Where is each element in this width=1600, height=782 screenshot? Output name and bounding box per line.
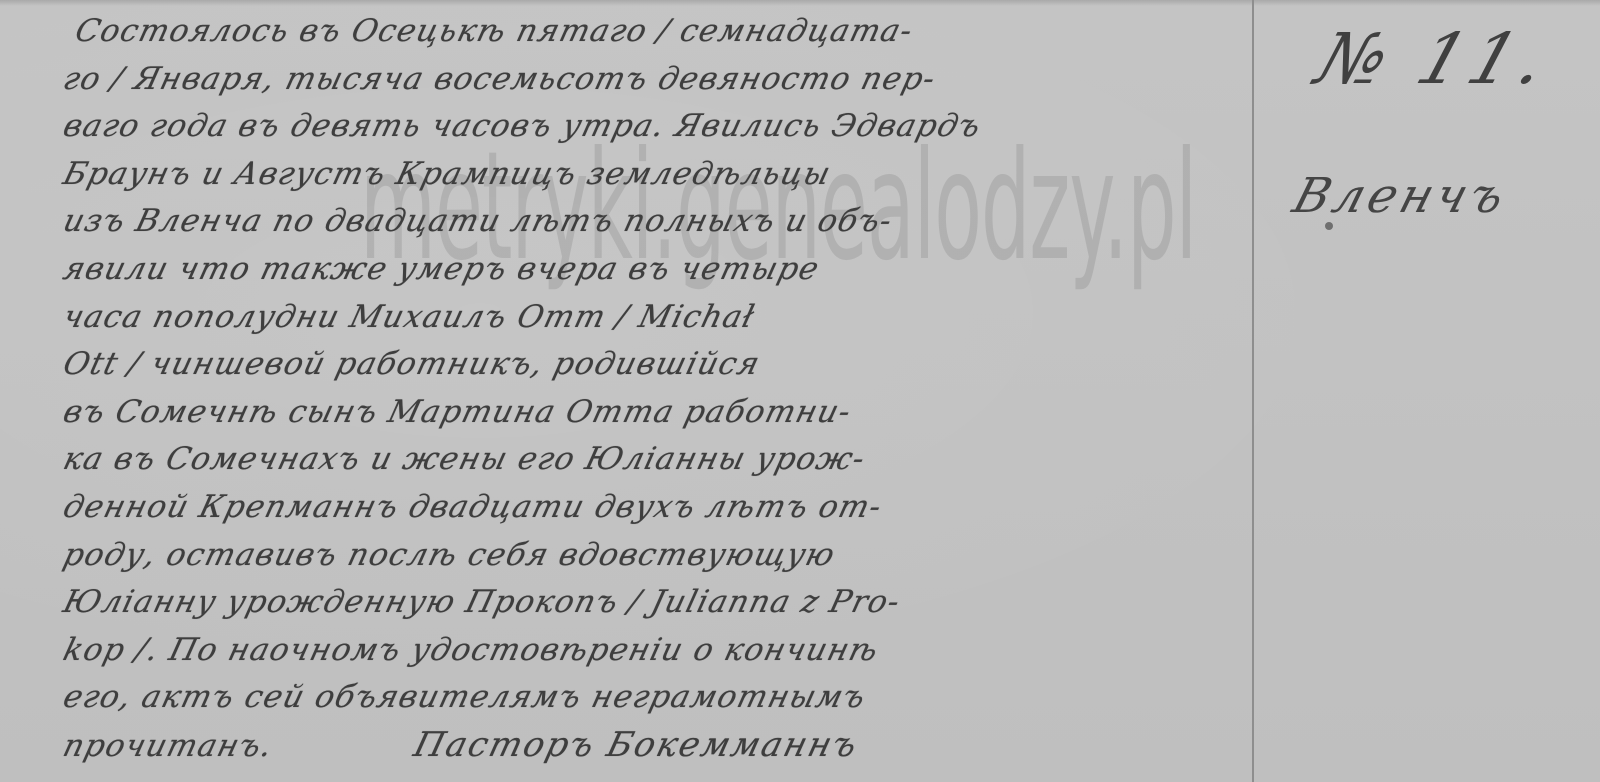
place-name: Вленчъ	[1287, 168, 1515, 224]
record-line: Состоялось въ Осецькѣ пятаго / семнадцат…	[58, 8, 1260, 56]
record-line: Юліанну урожденную Прокопъ / Julianna z …	[58, 579, 1260, 627]
document-page: metryki.genealodzy.pl Состоялось въ Осец…	[0, 0, 1600, 782]
record-line: явили что также умеръ вчера въ четыре	[58, 246, 1260, 294]
record-number: № 11.	[1307, 18, 1563, 100]
record-line: денной Крепманнъ двадцати двухъ лѣтъ от-	[58, 484, 1260, 532]
record-line: изъ Вленча по двадцати лѣтъ полныхъ и об…	[58, 198, 1260, 246]
record-line: его, актъ сей объявителямъ неграмотнымъ	[58, 674, 1260, 722]
pastor-signature: Пасторъ Бокемманнъ	[410, 725, 863, 765]
page-top-edge	[0, 0, 1600, 6]
record-line: роду, оставивъ послѣ себя вдовствующую	[58, 532, 1260, 580]
record-line: ваго года въ девять часовъ утра. Явились…	[58, 103, 1260, 151]
closing-line: прочитанъ. Пасторъ Бокемманнъ	[58, 722, 1260, 770]
record-line: часа пополудни Михаилъ Отт / Michał	[58, 294, 1260, 342]
record-line: въ Сомечнѣ сынъ Мартина Отта работни-	[58, 389, 1260, 437]
margin-rule	[1252, 0, 1254, 782]
record-line: Браунъ и Августъ Крампицъ земледѣльцы	[58, 151, 1260, 199]
record-line: ка въ Сомечнахъ и жены его Юліанны урож-	[58, 436, 1260, 484]
record-body: Состоялось въ Осецькѣ пятаго / семнадцат…	[58, 8, 1248, 770]
record-line-final: прочитанъ.	[59, 728, 277, 764]
ink-spot	[1325, 222, 1333, 230]
record-line: kop /. По наочномъ удостовѣреніи о кончи…	[58, 627, 1260, 675]
record-line: Ott / чиншевой работникъ, родившійся	[58, 341, 1260, 389]
record-line: го / Января, тысяча восемьсотъ девяносто…	[58, 56, 1260, 104]
